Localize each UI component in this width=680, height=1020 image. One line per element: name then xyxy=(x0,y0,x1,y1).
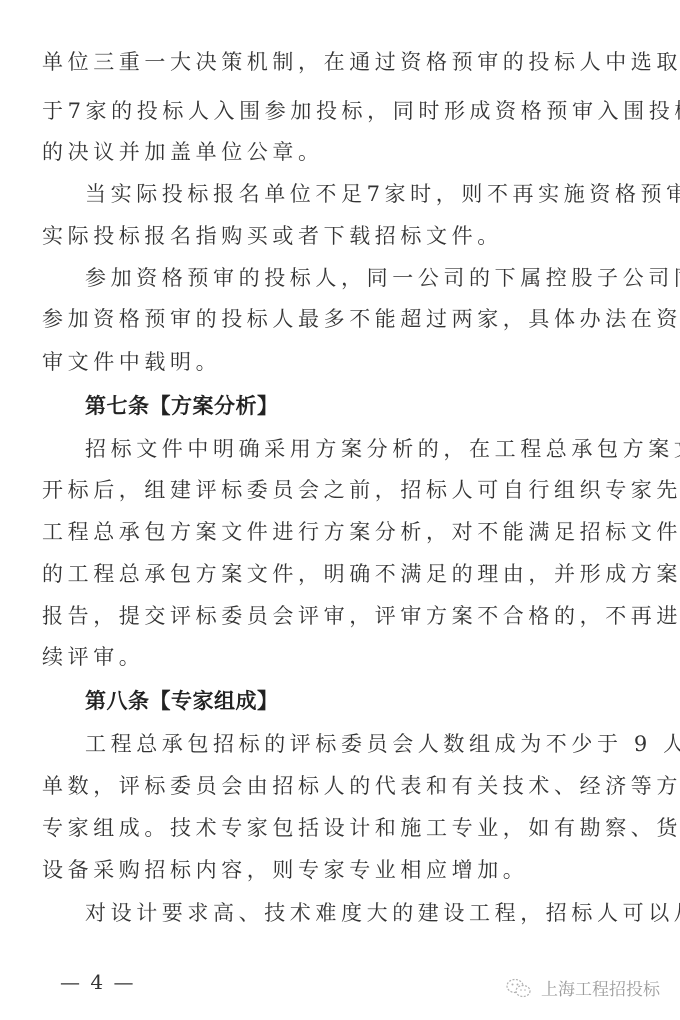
article-7-line: 工程总承包方案文件进行方案分析，对不能满足招标文件要求 xyxy=(42,517,632,547)
body-line: 参加资格预审的投标人最多不能超过两家，具体办法在资格预 xyxy=(42,304,632,334)
article-8-line: 设备采购招标内容，则专家专业相应增加。 xyxy=(42,855,632,885)
body-line: 审文件中载明。 xyxy=(42,347,632,377)
body-line: 的决议并加盖单位公章。 xyxy=(42,137,632,167)
article-8-line: 专家组成。技术专家包括设计和施工专业，如有勘察、货物、 xyxy=(42,813,632,843)
body-line: 于7家的投标人入围参加投标，同时形成资格预审入围投标人 xyxy=(42,96,632,126)
article-7-line: 的工程总承包方案文件，明确不满足的理由，并形成方案分析 xyxy=(42,559,632,589)
article-8-line: 对设计要求高、技术难度大的建设工程，招标人可以从上 xyxy=(85,898,632,928)
article-7-line: 报告，提交评标委员会评审，评审方案不合格的，不再进行后 xyxy=(42,601,632,631)
article-7-line: 招标文件中明确采用方案分析的，在工程总承包方案文件 xyxy=(85,434,632,464)
article-8-line: 单数，评标委员会由招标人的代表和有关技术、经济等方面的 xyxy=(42,771,632,801)
article-8-line: 工程总承包招标的评标委员会人数组成为不少于 9 人的 xyxy=(85,729,632,759)
watermark: 上海工程招投标 xyxy=(505,975,660,1000)
article-7-line: 开标后，组建评标委员会之前，招标人可自行组织专家先行对 xyxy=(42,475,632,505)
watermark-text: 上海工程招投标 xyxy=(541,975,660,1000)
article-8-heading: 第八条【专家组成】 xyxy=(85,686,632,716)
body-line: 实际投标报名指购买或者下载招标文件。 xyxy=(42,221,632,251)
wechat-icon xyxy=(505,977,533,999)
document-page: 单位三重一大决策机制，在通过资格预审的投标人中选取不少 于7家的投标人入围参加投… xyxy=(0,0,680,1020)
body-line: 单位三重一大决策机制，在通过资格预审的投标人中选取不少 xyxy=(42,47,632,77)
article-7-line: 续评审。 xyxy=(42,642,632,672)
body-line: 参加资格预审的投标人，同一公司的下属控股子公司同时 xyxy=(85,263,632,293)
article-7-heading: 第七条【方案分析】 xyxy=(85,391,632,421)
body-line: 当实际投标报名单位不足7家时，则不再实施资格预审。 xyxy=(85,179,632,209)
page-number: — 4 — xyxy=(60,970,135,994)
